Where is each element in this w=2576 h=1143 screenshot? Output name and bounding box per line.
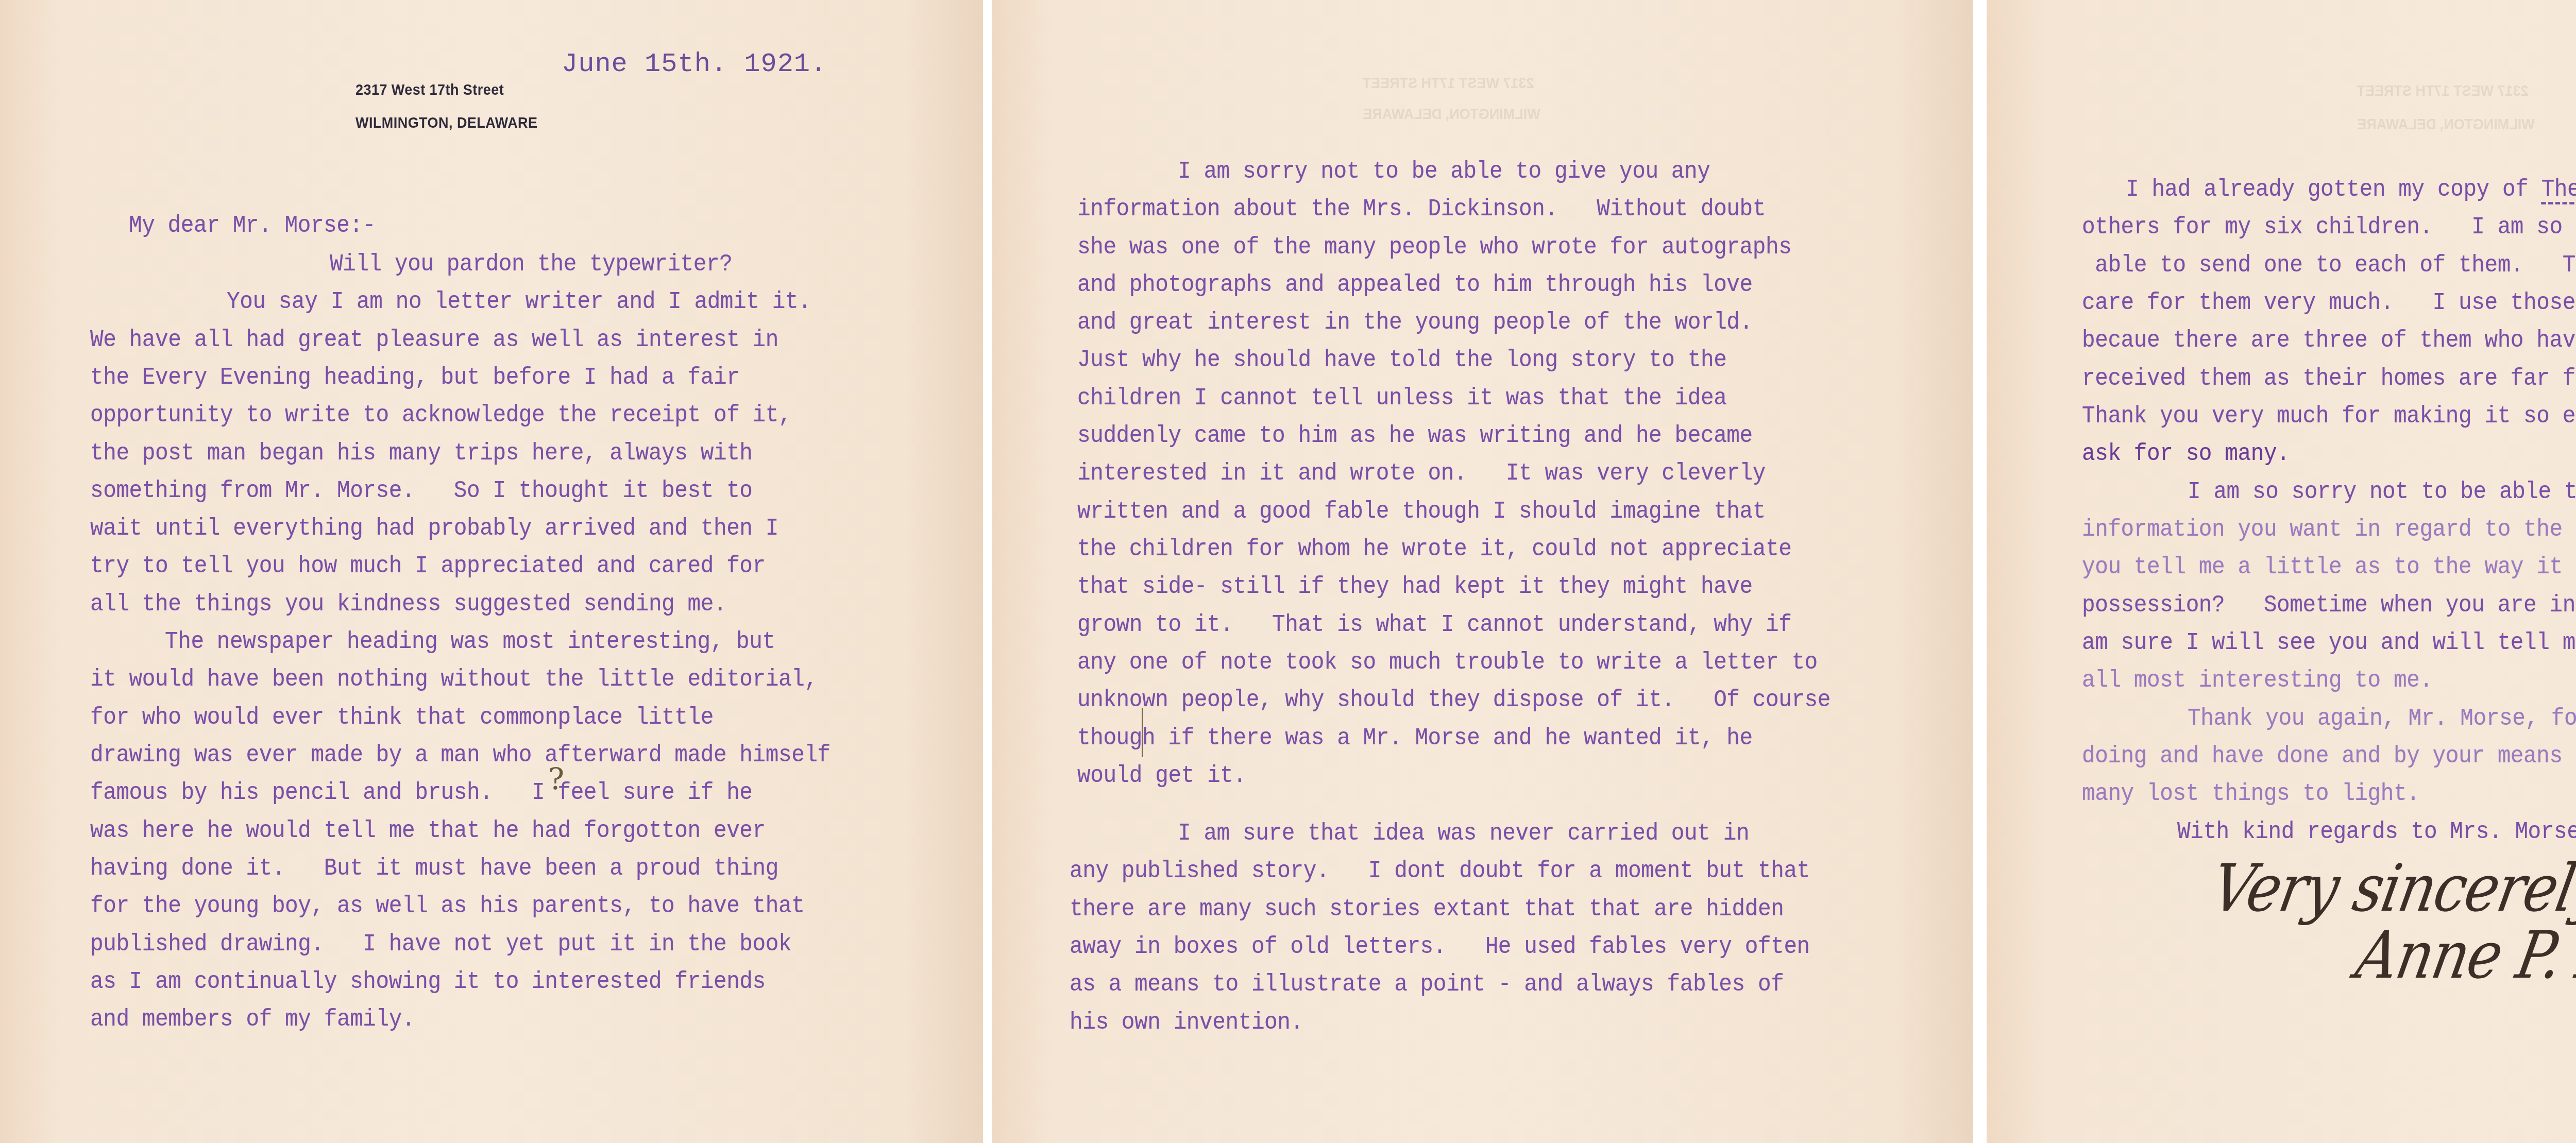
text-line: his own invention.: [1070, 1008, 1303, 1037]
text-line: becaue there are three of them who have …: [2082, 326, 2576, 355]
text-line: and photographs and appealed to him thro…: [1077, 270, 1753, 299]
letter-page-3: 2317 WEST 17TH STREET WILMINGTON, DELAWA…: [1987, 0, 2576, 1143]
text-line: ask for so many.: [2082, 439, 2290, 468]
salutation: My dear Mr. Morse:-: [129, 211, 376, 240]
text-line: The newspaper heading was most interesti…: [165, 627, 775, 656]
text-line: doing and have done and by your means br…: [2082, 742, 2576, 771]
text-line: you tell me a little as to the way it ca…: [2082, 553, 2576, 582]
text-line: We have all had great pleasure as well a…: [90, 326, 778, 354]
text-line: Just why he should have told the long st…: [1077, 346, 1726, 374]
text-line: it would have been nothing without the l…: [90, 665, 818, 694]
text-line: the Every Evening heading, but before I …: [90, 363, 739, 392]
text-line: wait until everything had probably arriv…: [90, 514, 778, 543]
text-line: the children for whom he wrote it, could…: [1077, 535, 1791, 564]
text-line: any one of note took so much trouble to …: [1077, 648, 1818, 677]
text-line: With kind regards to Mrs. Morse, I am: [2177, 817, 2576, 846]
text-line: having done it. But it must have been a …: [90, 854, 778, 883]
closing-signature-line: Very sincerely yours: [2206, 850, 2576, 926]
text-line: as a means to illustrate a point - and a…: [1070, 970, 1784, 999]
text-line: written and a good fable though I should…: [1077, 497, 1766, 526]
text-line: famous by his pencil and brush. I feel s…: [90, 778, 753, 807]
letterhead-street: 2317 West 17th Street: [355, 81, 504, 99]
ghost-letterhead-city: WILMINGTON, DELAWARE: [1363, 106, 1540, 123]
text-line: I am sorry not to be able to give you an…: [1178, 157, 1710, 186]
text-line: and members of my family.: [90, 1005, 415, 1034]
text-line: possession? Sometime when you are in Wil…: [2082, 591, 2576, 620]
text-line: all the things you kindness suggested se…: [90, 590, 726, 619]
text-line: opportunity to write to acknowledge the …: [90, 401, 791, 430]
text-line: others for my six children. I am so plea…: [2082, 213, 2576, 242]
text-line: You say I am no letter writer and I admi…: [227, 287, 811, 316]
text-line: that side- still if they had kept it the…: [1077, 572, 1753, 601]
text-line: Thank you very much for making it so eas…: [2082, 402, 2576, 431]
text-line: I am so sorry not to be able to give you…: [2188, 477, 2576, 506]
letterhead-city: WILMINGTON, DELAWARE: [355, 114, 537, 132]
text-line: away in boxes of old letters. He used fa…: [1070, 932, 1810, 961]
ghost-letterhead-street: 2317 WEST 17TH STREET: [1363, 75, 1534, 92]
ghost-letterhead-city: WILMINGTON, DELAWARE: [2357, 116, 2534, 133]
text-line: information you want in regard to the le…: [2082, 515, 2576, 544]
text-line: am sure I will see you and will tell me.…: [2082, 628, 2576, 657]
text-line: there are many such stories extant that …: [1070, 895, 1784, 924]
text-line: for who would ever think that commonplac…: [90, 703, 714, 732]
text-line: the post man began his many trips here, …: [90, 439, 753, 468]
text-line: unknown people, why should they dispose …: [1077, 686, 1831, 714]
text-line: I am sure that idea was never carried ou…: [1178, 819, 1749, 848]
pencil-caret-mark: [1142, 708, 1143, 757]
text-line: was here he would tell me that he had fo…: [90, 816, 766, 845]
text-line: drawing was ever made by a man who after…: [90, 741, 831, 770]
pencil-mark-icon: ?: [548, 761, 564, 796]
text-line: grown to it. That is what I cannot under…: [1077, 610, 1791, 639]
text-line: information about the Mrs. Dickinson. Wi…: [1077, 195, 1766, 224]
text-line: she was one of the many people who wrote…: [1077, 233, 1791, 262]
text-line: published drawing. I have not yet put it…: [90, 930, 791, 959]
text-line: care for them very much. I use those mix…: [2082, 288, 2576, 317]
text-line: though if there was a Mr. Morse and he w…: [1077, 724, 1753, 753]
signature: Anne P. Pyle: [2350, 917, 2576, 993]
text-line: for the young boy, as well as his parent…: [90, 892, 804, 920]
ghost-letterhead-street: 2317 WEST 17TH STREET: [2357, 82, 2529, 100]
text-line: something from Mr. Morse. So I thought i…: [90, 476, 753, 505]
text-line: interested in it and wrote on. It was ve…: [1077, 459, 1766, 488]
text-line: would get it.: [1077, 761, 1246, 790]
letter-page-1: June 15th. 1921. 2317 West 17th Street W…: [0, 0, 983, 1143]
text-line-with-title: I had already gotten my copy of The Book…: [2126, 175, 2576, 204]
text-line: able to send one to each of them. They d…: [2082, 251, 2576, 280]
book-title: The Book: [2541, 176, 2576, 203]
text-line: as I am continually showing it to intere…: [90, 967, 766, 996]
text-line: Thank you again, Mr. Morse, for all you …: [2188, 704, 2576, 733]
text-line: received them as their homes are far fro…: [2082, 364, 2576, 393]
text-line: all most interesting to me.: [2082, 666, 2433, 695]
text-line: and great interest in the young people o…: [1077, 308, 1753, 337]
letter-date: June 15th. 1921.: [562, 49, 827, 79]
text-line: many lost things to light.: [2082, 779, 2419, 808]
text-line: suddenly came to him as he was writing a…: [1077, 421, 1753, 450]
text-line: Will you pardon the typewriter?: [330, 250, 732, 279]
letter-page-2: 2317 WEST 17TH STREET WILMINGTON, DELAWA…: [992, 0, 1973, 1143]
text-line: children I cannot tell unless it was tha…: [1077, 384, 1726, 413]
text-line: any published story. I dont doubt for a …: [1070, 857, 1810, 885]
text-line: try to tell you how much I appreciated a…: [90, 552, 766, 581]
